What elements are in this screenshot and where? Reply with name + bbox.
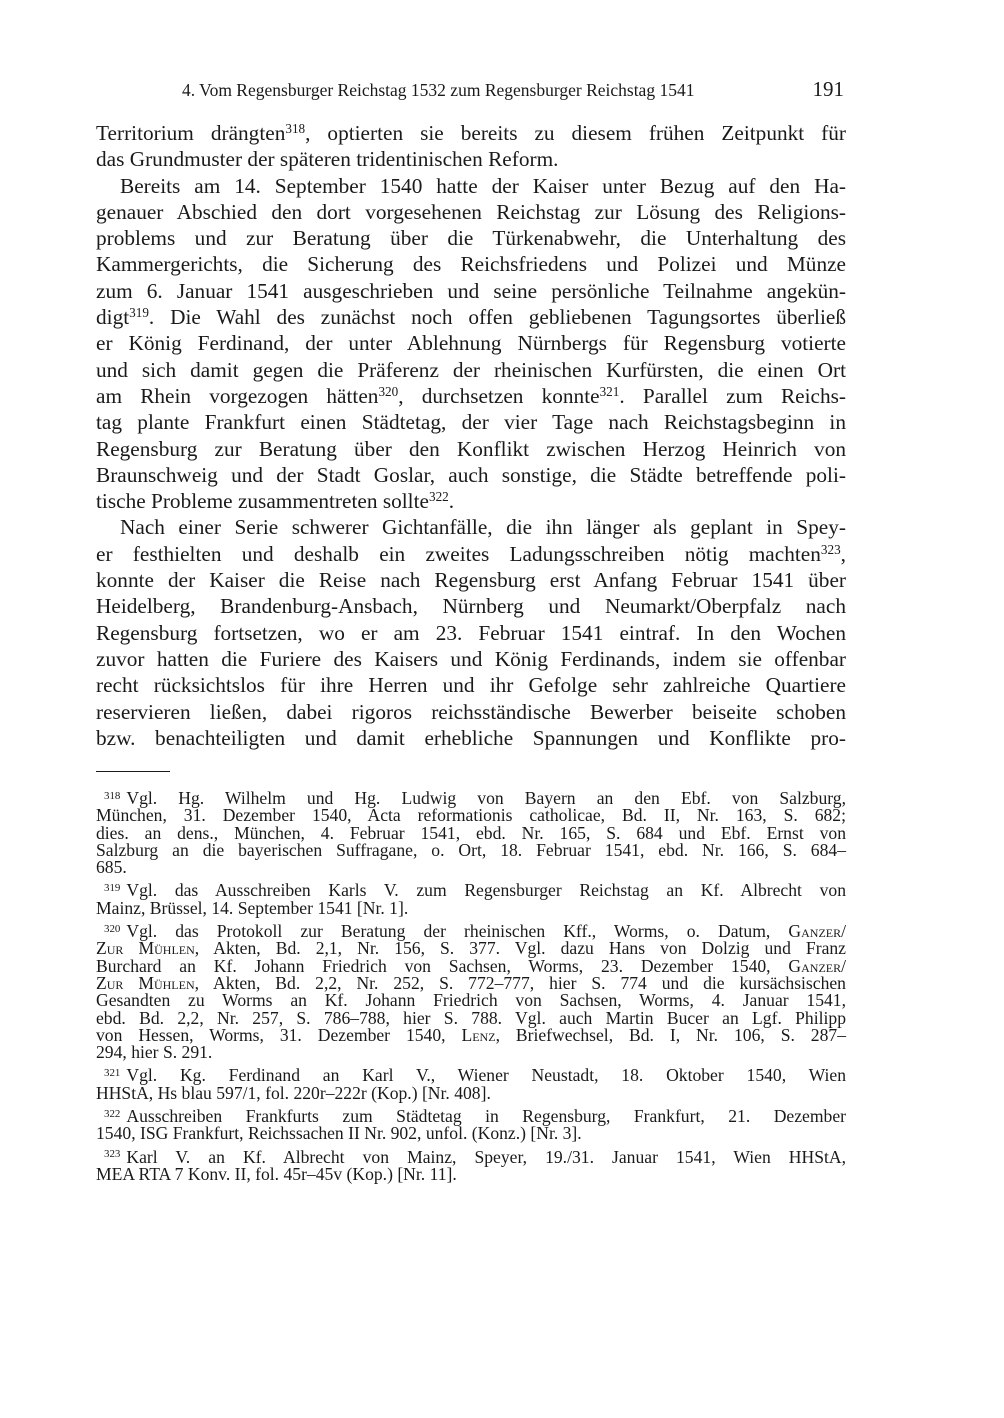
paragraph: Territorium drängten318, optierten sie b… (96, 120, 846, 173)
footnote-ref-318[interactable]: 318 (285, 121, 305, 136)
text-line: Regensburg fortsetzen, wo er am 23. Febr… (96, 620, 846, 646)
main-text: Territorium drängten318, optierten sie b… (96, 120, 846, 751)
footnote-number: 320 (104, 923, 120, 935)
text-line: bzw. benachteiligten und damit erheblich… (96, 725, 846, 751)
footnote-318: 318Vgl. Hg. Wilhelm und Hg. Ludwig von B… (96, 790, 846, 876)
footnote-ref-323[interactable]: 323 (821, 542, 841, 557)
text-line: digt319. Die Wahl des zunächst noch offe… (96, 304, 846, 330)
text-line: Nach einer Serie schwerer Gichtanfälle, … (96, 514, 846, 540)
page-number: 191 (813, 77, 845, 102)
footnote-number: 323 (104, 1148, 120, 1160)
footnote-ref-319[interactable]: 319 (129, 305, 149, 320)
author-name: Lenz (461, 1025, 495, 1045)
footnote-line: Salzburg an die bayerischen Suffragane, … (96, 842, 846, 859)
footnote-line: MEA RTA 7 Konv. II, fol. 45r–45v (Kop.) … (96, 1166, 846, 1183)
text-line: Territorium drängten318, optierten sie b… (96, 120, 846, 146)
footnote-ref-321[interactable]: 321 (600, 384, 620, 399)
footnote-320: 320Vgl. das Protokoll zur Beratung der r… (96, 923, 846, 1061)
footnote-line: HHStA, Hs blau 597/1, fol. 220r–222r (Ko… (96, 1085, 846, 1102)
text-line: konnte der Kaiser die Reise nach Regensb… (96, 567, 846, 593)
text-line: zuvor hatten die Furiere des Kaisers und… (96, 646, 846, 672)
footnotes: 318Vgl. Hg. Wilhelm und Hg. Ludwig von B… (96, 790, 846, 1189)
paragraph: Nach einer Serie schwerer Gichtanfälle, … (96, 514, 846, 751)
text-line: und sich damit gegen die Präferenz der r… (96, 357, 846, 383)
footnote-line: Gesandten zu Worms an Kf. Johann Friedri… (96, 992, 846, 1009)
footnote-ref-322[interactable]: 322 (429, 489, 449, 504)
footnote-number: 318 (104, 790, 120, 802)
paragraph: Bereits am 14. September 1540 hatte der … (96, 173, 846, 515)
text-line: Regensburg zur Beratung über den Konflik… (96, 436, 846, 462)
footnote-line: 685. (96, 859, 846, 876)
text-line: Kammergerichts, die Sicherung des Reichs… (96, 251, 846, 277)
text-line: genauer Abschied den dort vorgesehenen R… (96, 199, 846, 225)
footnote-line: 294, hier S. 291. (96, 1044, 846, 1061)
footnote-319: 319Vgl. das Ausschreiben Karls V. zum Re… (96, 882, 846, 917)
footnote-ref-320[interactable]: 320 (378, 384, 398, 399)
footnote-number: 322 (104, 1108, 120, 1120)
footnote-line: 1540, ISG Frankfurt, Reichssachen II Nr.… (96, 1125, 846, 1142)
footnote-number: 321 (104, 1067, 120, 1079)
text-line: problems und zur Beratung über die Türke… (96, 225, 846, 251)
footnote-321: 321Vgl. Kg. Ferdinand an Karl V., Wiener… (96, 1067, 846, 1102)
footnote-line: München, 31. Dezember 1540, Acta reforma… (96, 807, 846, 824)
text-line: recht rücksichtslos für ihre Herren und … (96, 672, 846, 698)
footnote-322: 322Ausschreiben Frankfurts zum Städtetag… (96, 1108, 846, 1143)
text-line: das Grundmuster der späteren tridentinis… (96, 146, 846, 172)
running-title: 4. Vom Regensburger Reichstag 1532 zum R… (182, 80, 694, 101)
text-line: tische Probleme zusammentreten sollte322… (96, 488, 846, 514)
running-header: 4. Vom Regensburger Reichstag 1532 zum R… (96, 78, 846, 106)
footnote-separator (96, 771, 170, 772)
text-line: er festhielten und deshalb ein zweites L… (96, 541, 846, 567)
text-line: reservieren ließen, dabei rigoros reichs… (96, 699, 846, 725)
text-line: Heidelberg, Brandenburg-Ansbach, Nürnber… (96, 593, 846, 619)
text-line: am Rhein vorgezogen hätten320, durchsetz… (96, 383, 846, 409)
footnote-line: Mainz, Brüssel, 14. September 1541 [Nr. … (96, 900, 846, 917)
footnote-323: 323Karl V. an Kf. Albrecht von Mainz, Sp… (96, 1149, 846, 1184)
text-line: zum 6. Januar 1541 ausgeschrieben und se… (96, 278, 846, 304)
text-line: tag plante Frankfurt einen Städtetag, de… (96, 409, 846, 435)
footnote-number: 319 (104, 882, 120, 894)
text-line: Bereits am 14. September 1540 hatte der … (96, 173, 846, 199)
text-line: er König Ferdinand, der unter Ablehnung … (96, 330, 846, 356)
text-line: Braunschweig und der Stadt Goslar, auch … (96, 462, 846, 488)
